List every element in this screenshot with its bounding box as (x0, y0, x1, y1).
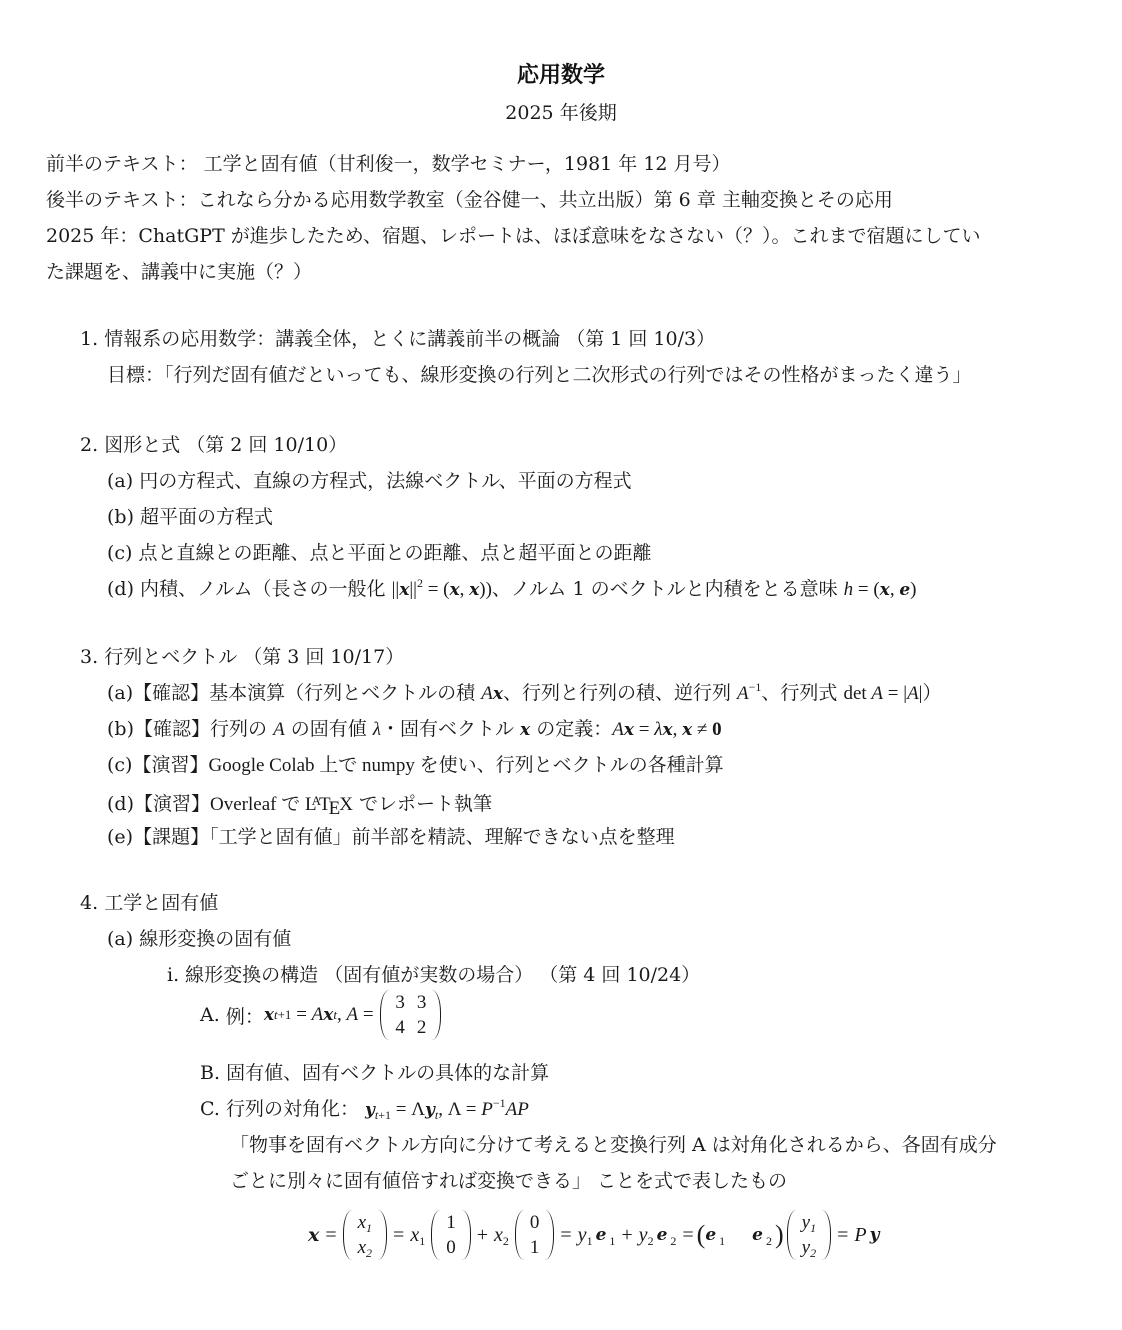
display-equation: x= x1x2 =x1 10 +x2 01 =y1e1+y2e2= (e1e2)… (305, 1210, 883, 1260)
section-number: 4. (80, 892, 98, 914)
section-1-goal: 目標：「行列だ固有値だといっても、線形変換の行列と二次形式の行列ではその性格がま… (107, 363, 972, 387)
list-item-B: B. 固有値、固有ベクトルの具体的な計算 (200, 1061, 549, 1085)
list-item: (a) 線形変換の固有値 (107, 927, 291, 951)
document-title: 応用数学 (0, 58, 1122, 89)
quote-line-2: ごとに別々に固有値倍すれば変換できる」 ことを式で表したもの (230, 1169, 787, 1193)
quote-line-1: 「物事を固有ベクトル方向に分けて考えると変換行列 A は対角化されるから、各固有… (230, 1133, 997, 1157)
section-title: 情報系の応用数学：講義全体，とくに講義前半の概論 （第 1 回 10/3） (104, 328, 715, 350)
tag-confirm: 【確認】 (133, 682, 209, 704)
list-item: (d) 内積、ノルム（長さの一般化 ||x||2 = (x, x))、ノルム 1… (107, 577, 916, 602)
section-2-heading: 2. 図形と式 （第 2 回 10/10） (80, 433, 347, 457)
intro-line-2: 後半のテキスト：これなら分かる応用数学教室（金谷健一、共立出版）第 6 章 主軸… (46, 188, 893, 212)
section-number: 1. (80, 328, 98, 350)
section-title: 図形と式 （第 2 回 10/10） (104, 434, 347, 456)
list-item: (d)【演習】Overleaf で LATEX でレポート執筆 (107, 789, 492, 821)
matrix-A: 33 42 (380, 990, 441, 1040)
list-item: i. 線形変換の構造 （固有値が実数の場合） （第 4 回 10/24） (167, 963, 700, 987)
section-4-heading: 4. 工学と固有値 (80, 891, 218, 915)
section-title: 工学と固有値 (104, 892, 218, 914)
section-number: 2. (80, 434, 98, 456)
section-1-heading: 1. 情報系の応用数学：講義全体，とくに講義前半の概論 （第 1 回 10/3） (80, 327, 715, 351)
list-item: (b)【確認】行列の A の固有値 λ・固有ベクトル x の定義：Ax = λx… (107, 717, 722, 742)
tag-confirm: 【確認】 (134, 718, 210, 740)
list-item: (e)【課題】「工学と固有値」前半部を精読、理解できない点を整理 (107, 825, 675, 849)
tag-assignment: 【課題】 (133, 826, 209, 848)
tag-exercise: 【演習】 (132, 754, 208, 776)
list-item: (c) 点と直線との距離、点と平面との距離、点と超平面との距離 (107, 541, 652, 565)
list-item-C: C. 行列の対角化： yt+1 = Λyt, Λ = P−1AP (200, 1097, 529, 1122)
section-title: 行列とベクトル （第 3 回 10/17） (104, 646, 404, 668)
section-number: 3. (80, 646, 98, 668)
document-subtitle: 2025 年後期 (0, 98, 1122, 125)
intro-line-1: 前半のテキスト： 工学と固有値（甘利俊一，数学セミナー，1981 年 12 月号… (46, 152, 731, 176)
tag-exercise: 【演習】 (134, 793, 210, 815)
list-item-A: A. 例：xt+1 = Axt, A = 33 42 (200, 990, 443, 1040)
list-item: (a) 円の方程式、直線の方程式，法線ベクトル、平面の方程式 (107, 469, 632, 493)
list-item: (b) 超平面の方程式 (107, 505, 273, 529)
list-item: (c)【演習】Google Colab 上で numpy を使い、行列とベクトル… (107, 753, 724, 778)
intro-line-4: た課題を、講義中に実施（？） (46, 260, 312, 284)
latex-logo: LATEX (305, 794, 353, 815)
intro-line-3: 2025 年：ChatGPT が進歩したため、宿題、レポートは、ほぼ意味をなさな… (46, 224, 981, 248)
list-item: (a)【確認】基本演算（行列とベクトルの積 Ax、行列と行列の積、逆行列 A−1… (107, 681, 942, 706)
section-3-heading: 3. 行列とベクトル （第 3 回 10/17） (80, 645, 404, 669)
